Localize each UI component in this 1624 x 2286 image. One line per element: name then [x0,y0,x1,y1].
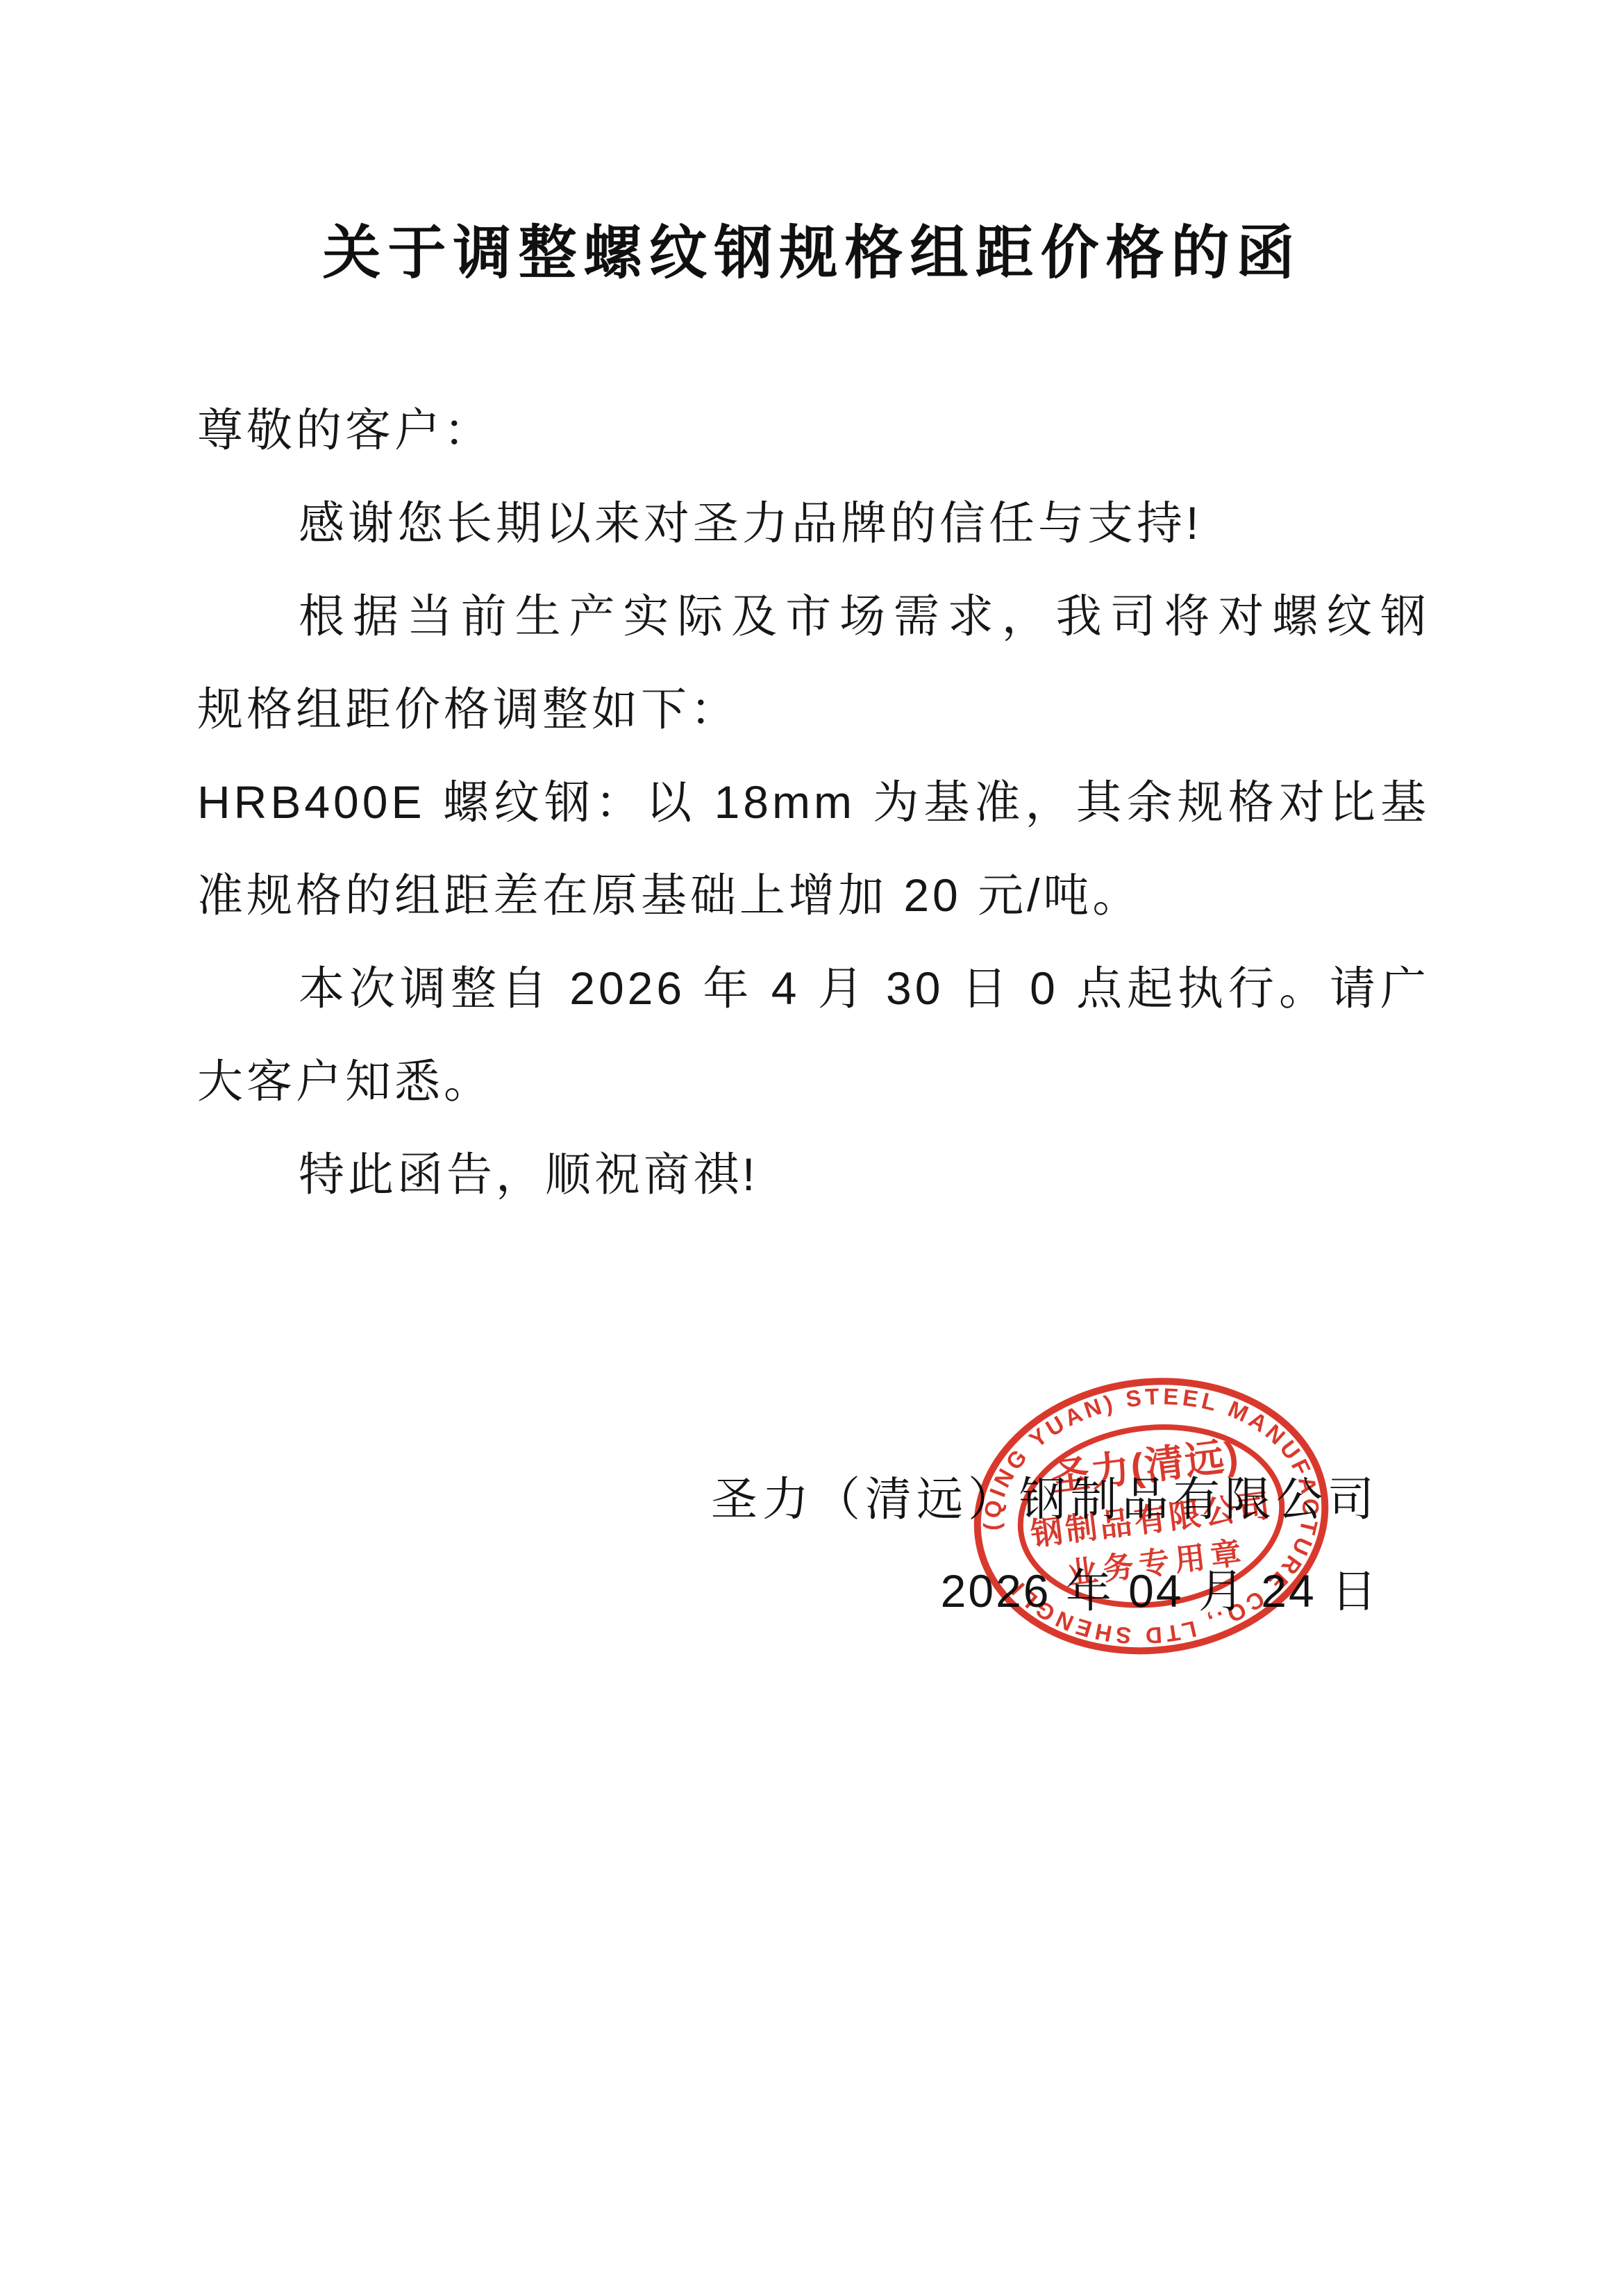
seal-center-line1: 圣力(清远) [1048,1433,1242,1499]
body-line-6: 准规格的组距差在原基础上增加 20 元/吨。 [197,849,1430,942]
letter-page: 关于调整螺纹钢规格组距价格的函 尊敬的客户：感谢您长期以来对圣力品牌的信任与支持… [0,0,1624,2286]
body-line-8: 大客户知悉。 [197,1035,1430,1128]
company-seal: (QING YUAN) STEEL MANUFACTURE CO., LTD S… [955,1353,1351,1680]
body-line-1: 尊敬的客户： [197,383,1430,476]
body-line-3: 根据当前生产实际及市场需求，我司将对螺纹钢 [197,569,1430,662]
document-title: 关于调整螺纹钢规格组距价格的函 [0,217,1624,289]
body-line-7: 本次调整自 2026 年 4 月 30 日 0 点起执行。请广 [197,942,1430,1035]
body-line-2: 感谢您长期以来对圣力品牌的信任与支持! [197,476,1430,569]
letter-body: 尊敬的客户：感谢您长期以来对圣力品牌的信任与支持!根据当前生产实际及市场需求，我… [197,383,1430,1221]
body-line-4: 规格组距价格调整如下： [197,662,1430,756]
body-line-5: HRB400E 螺纹钢：以 18mm 为基准，其余规格对比基 [197,756,1430,849]
body-line-9: 特此函告，顺祝商祺! [197,1128,1430,1221]
